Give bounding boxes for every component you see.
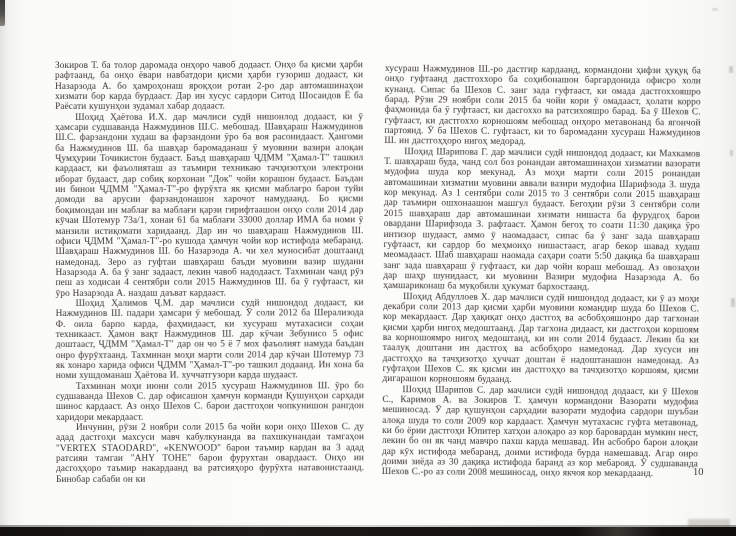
scan-artifact-edge-mark (712, 8, 718, 11)
text-column-left: Зокиров Т. ба толор даромада онҳоро чаво… (55, 60, 364, 485)
scan-artifact-edge-mark (730, 150, 733, 156)
page-number: 10 (693, 467, 704, 478)
paragraph: Тахминан моҳи июни соли 2015 хусураш Наж… (56, 381, 364, 423)
paragraph: Зокиров Т. ба толор даромада онҳоро чаво… (55, 60, 363, 113)
paragraph: Шоҳид Абдуллоев Х. дар мачлиси судй нишо… (382, 292, 699, 388)
paragraph: Шоҳид Ҳалимов Ҷ.М. дар мачлиси судй нишо… (56, 298, 364, 382)
scan-artifact-bottom-black-bar (0, 527, 736, 536)
paragraph: Инчунин, рӯзи 2 ноябри соли 2015 ба чойи… (56, 422, 364, 485)
paragraph: Шоҳид Шарипова Г. дар мачлиси судй нишон… (383, 147, 700, 294)
scan-artifact-edge-mark (729, 66, 733, 73)
scan-artifact-edge-mark (731, 298, 735, 307)
scanned-document-page: Зокиров Т. ба толор даромада онҳоро чаво… (0, 0, 736, 536)
paragraph: Шоҳид Шарипов С. дар мачлиси судй нишонд… (382, 385, 699, 481)
paragraph: хусураш Нажмудинов Ш.-ро дастгир кардаан… (384, 64, 701, 149)
paragraph: Шоҳид Ҳаётова И.Х. дар мачлиси судй нишо… (55, 112, 363, 299)
scan-artifact-top-left-mark (0, 0, 5, 26)
text-column-right: хусураш Нажмудинов Ш.-ро дастгир кардаан… (382, 64, 701, 480)
